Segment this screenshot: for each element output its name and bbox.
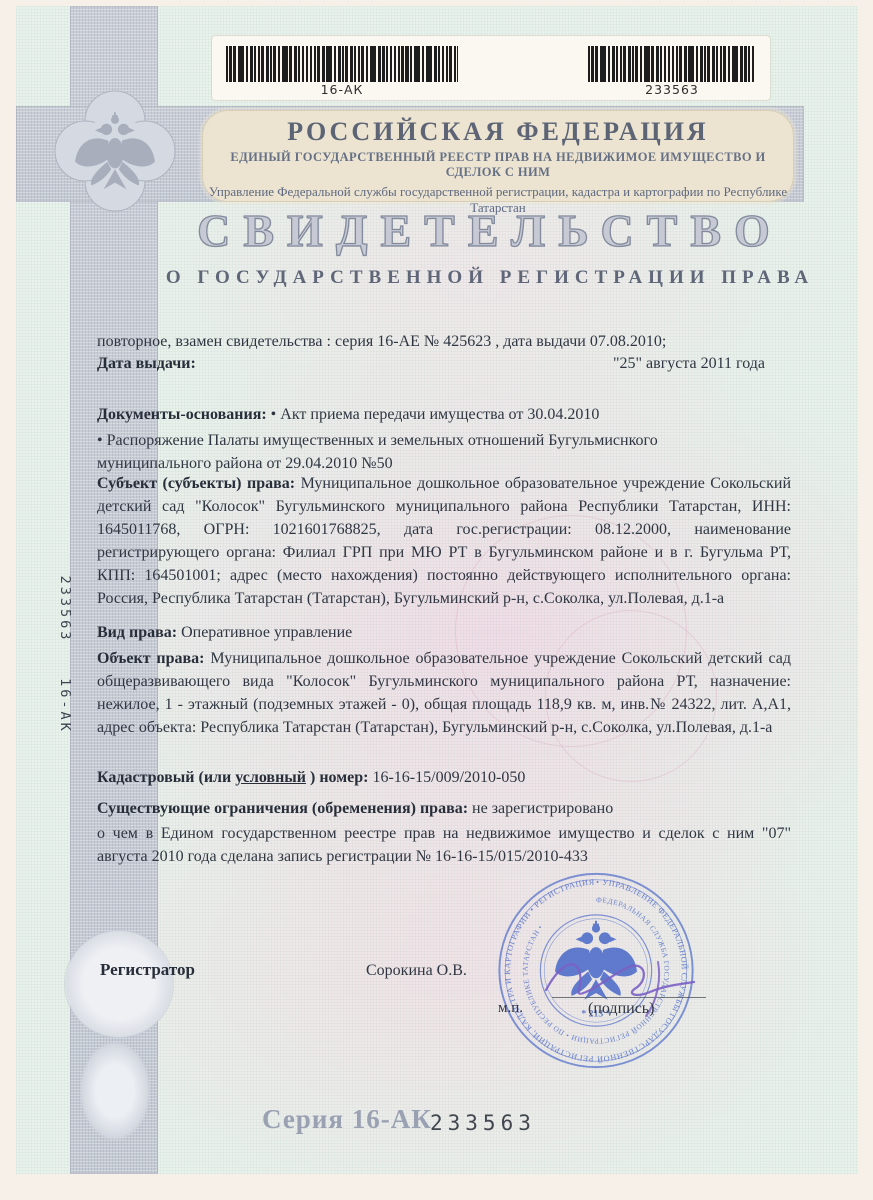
footer-series-label: Серия 16-АК bbox=[262, 1104, 432, 1135]
registry-record-note: о чем в Едином государственном реестре п… bbox=[97, 822, 791, 868]
cadastral-label-underlined: условный bbox=[235, 769, 306, 786]
document-subtitle: О ГОСУДАРСТВЕННОЙ РЕГИСТРАЦИИ ПРАВА bbox=[140, 267, 840, 289]
certificate-scan: 233563 16-АК 16-АК 233563 РОССИЙСКАЯ ФЕД… bbox=[0, 0, 873, 1200]
cadastral-label: Кадастровый (или bbox=[97, 769, 235, 786]
registrar-label: Регистратор bbox=[100, 960, 195, 980]
encumbrances-row: Существующие ограничения (обременения) п… bbox=[97, 797, 791, 820]
barcode-left-label: 16-АК bbox=[226, 82, 458, 98]
margin-series-code: 16-АК bbox=[53, 651, 73, 761]
registry-title: ЕДИНЫЙ ГОСУДАРСТВЕННЫЙ РЕЕСТР ПРАВ НА НЕ… bbox=[202, 150, 794, 180]
cadastral-row: Кадастровый (или условный ) номер: 16-16… bbox=[97, 766, 791, 789]
margin-serial-number: 233563 bbox=[53, 554, 73, 664]
band-medallion-ornament bbox=[64, 930, 174, 1038]
band-rosette-ornament bbox=[80, 1042, 150, 1140]
subject-paragraph: Субъект (субъекты) права: Муниципальное … bbox=[97, 472, 791, 610]
barcode-panel: 16-АК 233563 bbox=[212, 36, 770, 100]
cadastral-label-end: ) номер: bbox=[310, 769, 368, 786]
signature-caption: (подпись) bbox=[588, 1000, 654, 1018]
barcode-right bbox=[588, 46, 756, 82]
subject-label: Субъект (субъекты) права: bbox=[97, 475, 295, 492]
encumbrances-label: Существующие ограничения (обременения) п… bbox=[97, 800, 468, 817]
basis-item-1: • Акт приема передачи имущества от 30.04… bbox=[271, 406, 600, 423]
basis-label: Документы-основания: bbox=[97, 406, 267, 423]
country-title: РОССИЙСКАЯ ФЕДЕРАЦИЯ bbox=[202, 117, 794, 147]
issue-date-label: Дата выдачи: bbox=[97, 352, 196, 375]
right-type-row: Вид права: Оперативное управление bbox=[97, 621, 791, 644]
object-label: Объект права: bbox=[97, 650, 205, 667]
document-title: СВИДЕТЕЛЬСТВО bbox=[140, 204, 840, 257]
right-type-label: Вид права: bbox=[97, 624, 177, 641]
seal-place-abbر: м.п. bbox=[498, 1000, 523, 1017]
registrar-name: Сорокина О.В. bbox=[366, 962, 467, 980]
header-plaque: РОССИЙСКАЯ ФЕДЕРАЦИЯ ЕДИНЫЙ ГОСУДАРСТВЕН… bbox=[202, 110, 794, 202]
barcode-left bbox=[226, 46, 458, 82]
right-type-value: Оперативное управление bbox=[181, 624, 352, 641]
subject-value: Муниципальное дошкольное образовательное… bbox=[97, 475, 791, 607]
object-paragraph: Объект права: Муниципальное дошкольное о… bbox=[97, 647, 791, 739]
basis-item-2: • Распоряжение Палаты имущественных и зе… bbox=[97, 429, 745, 475]
cadastral-value: 16-16-15/009/2010-050 bbox=[372, 769, 525, 786]
barcode-right-label: 233563 bbox=[588, 82, 756, 98]
duplicate-note: повторное, взамен свидетельства : серия … bbox=[97, 330, 791, 353]
footer-serial-number: 233563 bbox=[430, 1111, 536, 1135]
basis-line-1: Документы-основания: • Акт приема переда… bbox=[97, 403, 791, 426]
issue-date-row: Дата выдачи: "25" августа 2011 года bbox=[97, 352, 791, 375]
encumbrances-value: не зарегистрировано bbox=[472, 800, 613, 817]
coat-of-arms-emblem-icon bbox=[50, 86, 180, 216]
issue-date-value: "25" августа 2011 года bbox=[613, 352, 765, 375]
